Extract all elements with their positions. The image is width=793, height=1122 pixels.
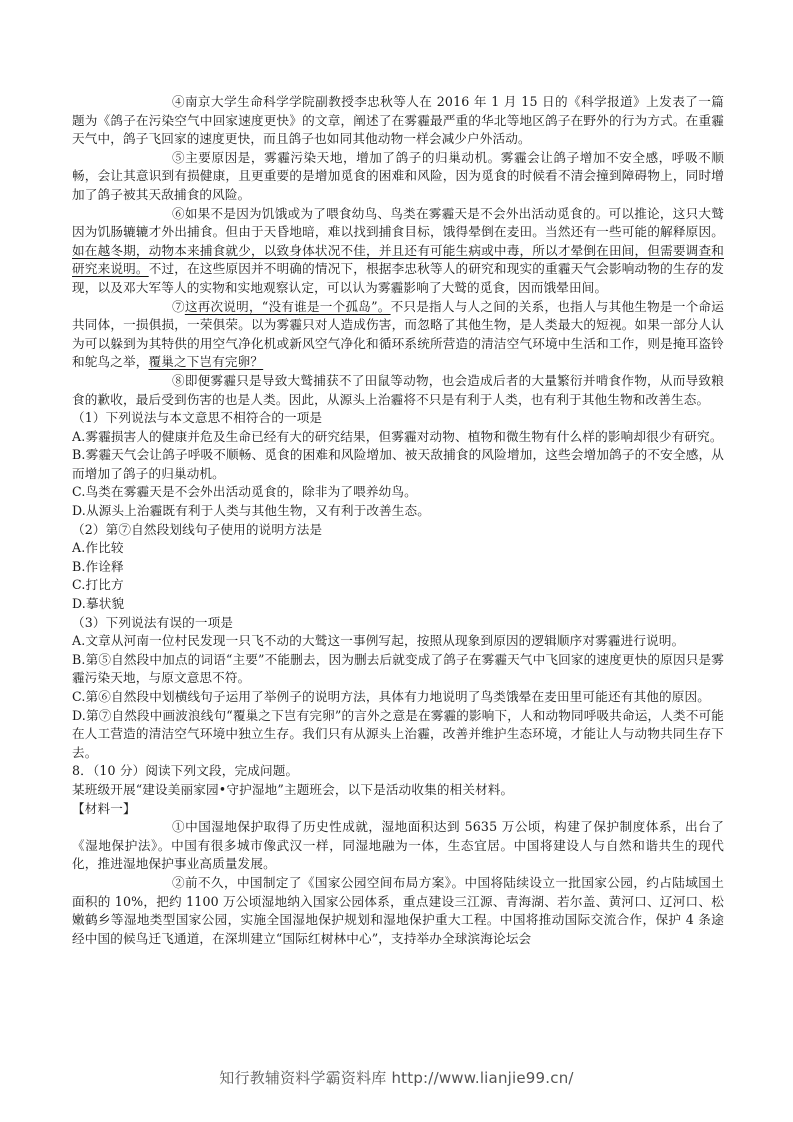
paragraph-6: ⑥如果不是因为饥饿或为了喂食幼鸟、鸟类在雾霾天是不会外出活动觅食的。可以推论，这… xyxy=(72,205,724,298)
question-1-option-d: D.从源头上治霾既有利于人类与其他生物，又有利于改善生态。 xyxy=(72,502,724,521)
question-3: （3）下列说法有误的一项是 A.文章从河南一位村民发现一只飞不动的大鹫这一事例写… xyxy=(72,614,724,763)
paragraph-5-text: ⑤主要原因是，雾霾污染天地，增加了鸽子的归巢动机。雾霾会让鸽子增加不安全感，呼吸… xyxy=(72,150,724,202)
paragraph-7-wavy-sentence: 覆巢之下岂有完卵？ xyxy=(148,354,263,369)
question-3-option-c: C.第⑥自然段中划横线句子运用了举例子的说明方法，具体有力地说明了鸟类饿晕在麦田… xyxy=(72,688,724,707)
paragraph-6-text-a: ⑥如果不是因为饥饿或为了喂食幼鸟、鸟类在雾霾天是不会外出活动觅食的。可以推论，这… xyxy=(72,206,724,240)
question-3-option-a: A.文章从河南一位村民发现一只飞不动的大鹫这一事例写起，按照从现象到原因的逻辑顺… xyxy=(72,632,724,651)
question-3-option-d: D.第⑦自然段中画波浪线句“覆巢之下岂有完卵”的言外之意是在雾霾的影响下，人和动… xyxy=(72,707,724,763)
document-page: ④南京大学生命科学学院副教授李忠秋等人在 2016 年 1 月 15 日的《科学… xyxy=(72,93,724,948)
paragraph-8: ⑧即便雾霾只是导致大鹫捕获不了田鼠等动物，也会造成后者的大量繁衍并啃食作物，从而… xyxy=(72,372,724,409)
watermark-footer: 知行教辅资料学霸资料库 http://www.lianjie99.cn/ xyxy=(0,1067,793,1088)
paragraph-4: ④南京大学生命科学学院副教授李忠秋等人在 2016 年 1 月 15 日的《科学… xyxy=(72,93,724,149)
question-2-stem: （2）第⑦自然段划线句子使用的说明方法是 xyxy=(72,521,724,540)
paragraph-4-text: ④南京大学生命科学学院副教授李忠秋等人在 2016 年 1 月 15 日的《科学… xyxy=(72,94,724,146)
question-8: 8．（10 分）阅读下列文段，完成问题。 某班级开展“建设美丽家园•守护湿地”主… xyxy=(72,762,724,948)
question-3-stem: （3）下列说法有误的一项是 xyxy=(72,614,724,633)
question-1-option-b: B.雾霾天气会让鸽子呼吸不顺畅、觅食的困难和风险增加、被天敌捕食的风险增加，这些… xyxy=(72,446,724,483)
paragraph-7: ⑦这再次说明，“没有谁是一个孤岛”。不只是指人与人之间的关系，也指人与其他生物是… xyxy=(72,298,724,372)
question-1-option-c: C.鸟类在雾霾天是不会外出活动觅食的，除非为了喂养幼鸟。 xyxy=(72,483,724,502)
passage: ④南京大学生命科学学院副教授李忠秋等人在 2016 年 1 月 15 日的《科学… xyxy=(72,93,724,409)
paragraph-5: ⑤主要原因是，雾霾污染天地，增加了鸽子的归巢动机。雾霾会让鸽子增加不安全感，呼吸… xyxy=(72,149,724,205)
question-2: （2）第⑦自然段划线句子使用的说明方法是 A.作比较 B.作诠释 C.打比方 D… xyxy=(72,521,724,614)
question-1: （1）下列说法与本文意思不相符合的一项是 A.雾霾损害人的健康并危及生命已经有大… xyxy=(72,409,724,521)
question-2-option-b: B.作诠释 xyxy=(72,558,724,577)
question-8-heading: 8．（10 分）阅读下列文段，完成问题。 xyxy=(72,762,724,781)
question-2-option-a: A.作比较 xyxy=(72,539,724,558)
material-1-paragraph-2: ②前不久，中国制定了《国家公园空间布局方案》。中国将陆续设立一批国家公园，约占陆… xyxy=(72,874,724,948)
question-2-option-c: C.打比方 xyxy=(72,576,724,595)
paragraph-8-text: ⑧即便雾霾只是导致大鹫捕获不了田鼠等动物，也会造成后者的大量繁衍并啃食作物，从而… xyxy=(72,373,724,407)
question-2-option-d: D.摹状貌 xyxy=(72,595,724,614)
question-8-intro: 某班级开展“建设美丽家园•守护湿地”主题班会，以下是活动收集的相关材料。 xyxy=(72,781,724,800)
paragraph-7-number: ⑦ xyxy=(172,299,185,314)
paragraph-6-text-b: 不过，在这些原因并不明确的情况下，根据李忠秋等人的研究和现实的重霾天气会影响动物… xyxy=(72,261,724,295)
paragraph-7-underlined-sentence: 这再次说明，“没有谁是一个孤岛”。 xyxy=(185,299,391,314)
question-1-option-a: A.雾霾损害人的健康并危及生命已经有大的研究结果，但雾霾对动物、植物和微生物有什… xyxy=(72,428,724,447)
question-1-stem: （1）下列说法与本文意思不相符合的一项是 xyxy=(72,409,724,428)
question-3-option-b: B.第⑤自然段中加点的词语“主要”不能删去，因为删去后就变成了鸽子在雾霾天气中飞… xyxy=(72,651,724,688)
material-1-title: 【材料一】 xyxy=(72,800,724,819)
material-1-paragraph-1: ①中国湿地保护取得了历史性成就，湿地面积达到 5635 万公顷，构建了保护制度体… xyxy=(72,818,724,874)
